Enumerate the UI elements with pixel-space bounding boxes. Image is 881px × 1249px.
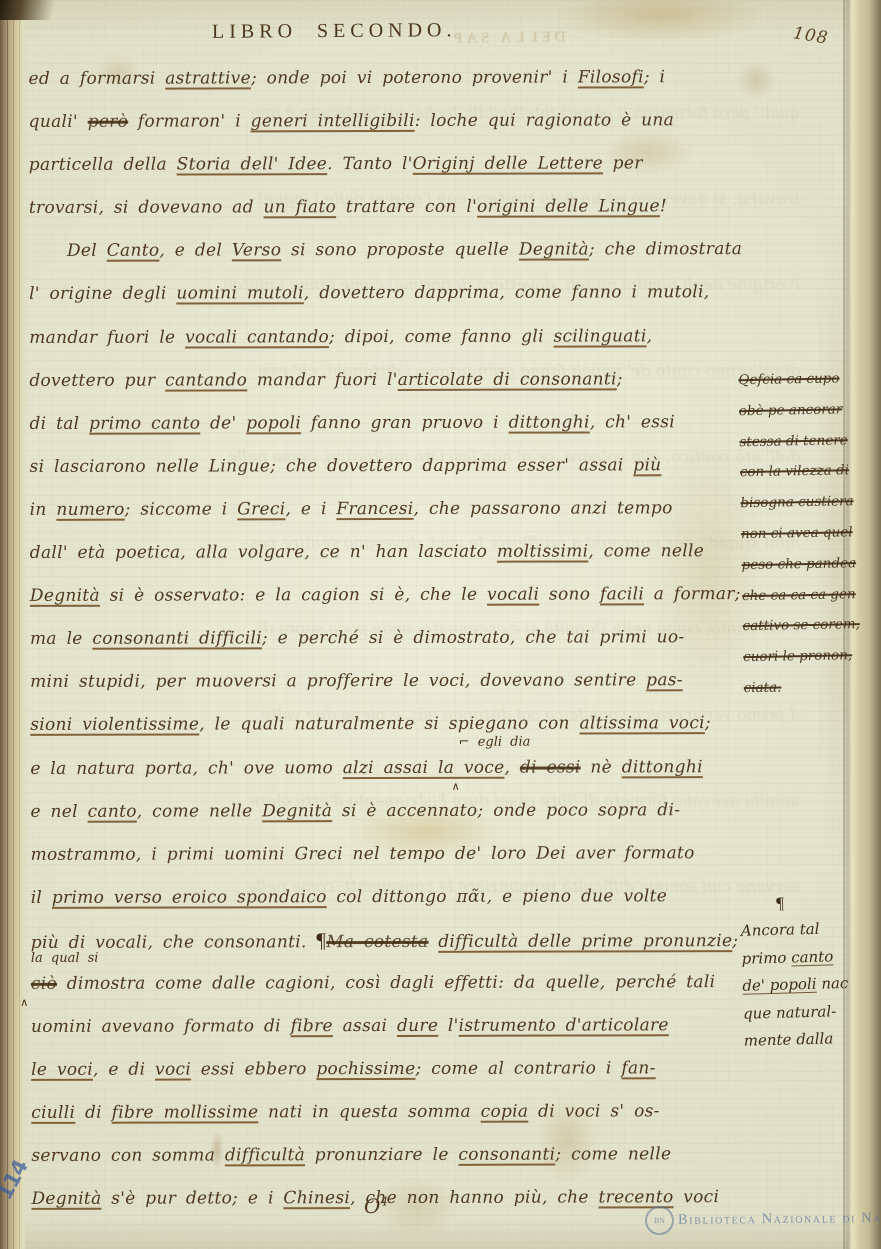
text-segment: ; [732,931,738,951]
text-segment: però [88,112,129,132]
marginal-note: ¶ Ancora talprimo cantode' popoli nacque… [740,888,878,1055]
text-segment: trovarsi, si dovevano ad [29,198,264,219]
text-segment: ; che dimostrata [589,239,742,259]
text-segment: , ch' essi [590,412,675,432]
text-segment: de' [200,413,246,433]
text-segment: Verso [232,241,281,261]
marginal-note-struck-line: bisogna custiera [740,486,877,519]
text-segment: , le quali naturalmente si spiegano con [199,714,579,735]
text-segment: consonanti [458,1145,555,1165]
text-segment: sioni violentissime [30,715,199,735]
marginal-note-struck-line: che ca ca ca gen [742,578,879,611]
text-segment: consonanti difficili [92,629,262,649]
text-segment: facili [600,584,644,604]
text-segment: ; i [644,67,666,87]
text-segment: , [647,326,653,346]
text-segment: s'è pur detto; e i [101,1189,283,1209]
text-segment: Degnità [519,240,589,260]
text-segment: si è accennato; onde poco sopra di- [332,800,680,821]
text-segment: Del [67,241,107,261]
catchword-superscript: 4 [380,1194,388,1208]
text-segment: numero [56,500,124,520]
text-segment: mostrammo, i primi uomini Greci nel temp… [31,843,695,865]
text-segment: dittonghi [622,757,703,777]
manuscript-line: ma le consonanti difficili; e perché si … [30,616,744,661]
manuscript-line: particella della Storia dell' Idee. Tant… [29,142,743,187]
marginal-note-struck-line: con la vilezza di [740,455,877,488]
text-segment: servano con somma [31,1146,225,1167]
manuscript-line: la qual si∧ciò dimostra come dalle cagio… [31,961,745,1006]
text-segment: si lasciarono nelle Lingue; che dovetter… [30,455,634,477]
manuscript-line: uomini avevano formato di fibre assai du… [31,1004,745,1049]
manuscript-line: trovarsi, si dovevano ad un fiato tratta… [29,185,743,230]
text-segment: sono [539,585,600,605]
text-segment: pochissime [316,1059,415,1079]
marginal-note-struck-line: cattivo se corem, [742,609,879,642]
interlinear-insertion: ⌐ egli dia [459,735,531,748]
caret-mark: ∧ [20,997,28,1008]
manuscript-line: ed a formarsi astrattive; onde poi vi po… [28,56,742,101]
text-segment: pas- [646,671,683,691]
manuscript-line: si lasciarono nelle Lingue; che dovetter… [29,444,743,489]
text-segment: trattare con l' [336,197,477,217]
text-segment: ciulli [31,1103,75,1123]
text-segment: Greci [237,499,285,519]
text-segment [428,932,438,952]
text-segment: uomini avevano formato di [31,1016,291,1037]
manuscript-line: mostrammo, i primi uomini Greci nel temp… [31,832,745,877]
text-segment: più [633,455,661,475]
text-segment: e la natura porta, ch' ove uomo [30,758,342,779]
marginal-note-line: que natural- [743,997,878,1028]
text-segment: fibre mollissime [112,1103,259,1123]
text-segment: di [75,1103,111,1123]
manuscript-line: ⌐ egli dia∧e la natura porta, ch' ove uo… [30,746,744,791]
text-segment: si è osservato: e la cagion si è, che le [100,585,487,606]
text-segment: Originj delle Lettere [413,154,603,174]
text-segment: nè [581,757,622,777]
text-segment: , e di [93,1060,155,1080]
manuscript-line: Degnità si è osservato: e la cagion si è… [30,573,744,618]
text-segment: trecento [598,1188,673,1208]
text-segment: canto [791,947,834,966]
text-segment: dall' età poetica, alla volgare, ce n' h… [30,542,497,563]
manuscript-line: mini stupidi, per muoversi a profferire … [30,659,744,704]
text-segment: moltissimi [497,542,589,562]
text-segment: mini stupidi, per muoversi a profferire … [30,671,646,693]
text-segment: copia [481,1102,529,1122]
text-segment: Storia dell' Idee [177,154,328,174]
text-segment: mandar fuori le [29,327,185,347]
text-segment: dovettero pur [29,370,165,390]
text-segment: ma le [30,629,92,649]
text-segment: Ancora tal [741,920,820,940]
manuscript-line: in numero; siccome i Greci, e i Francesi… [30,487,744,532]
text-segment: origini delle Lingue [477,197,660,217]
text-segment: scilinguati [553,326,646,346]
page-title: LIBRO SECONDO. [212,19,457,44]
text-segment: ; dipoi, come fanno gli [329,326,554,347]
text-segment: ; siccome i [125,499,238,519]
marginal-note-line: mente dalla [743,1025,878,1056]
manuscript-line: le voci, e di voci essi ebbero pochissim… [31,1047,745,1092]
text-segment: voci [155,1060,191,1080]
page-edge-line [7,0,8,1249]
text-segment: di essi [520,757,581,777]
interlinear-insertion: la qual si [31,952,99,965]
text-segment: , come nelle [588,541,704,561]
marginal-note-struck-line: ciata. [743,671,880,704]
text-segment: quali' [29,112,88,132]
text-segment: . Tanto l' [327,154,413,174]
text-segment: dimostra come dalle cagioni, così dagli … [57,972,715,994]
text-segment: e nel [30,801,87,821]
text-segment: ; [705,714,711,734]
text-segment: si sono proposte quelle [281,240,519,261]
text-segment: : loche qui ragionato è una [415,110,674,131]
text-segment: generi intelligibili [251,111,415,131]
text-segment: ; [617,369,623,389]
marginal-note-struck-line: Qefcia ca cupo [738,363,875,396]
text-segment: ; come al contrario i [415,1059,621,1080]
text-segment: altissima voci [579,714,704,734]
text-segment: , e i [285,499,336,519]
text-segment: ; e perché si è dimostrato, che tai prim… [262,627,685,648]
stamp-emblem-icon: BN [645,1206,674,1235]
library-stamp: BN Biblioteca Nazionale di Napoli [645,1204,881,1235]
text-segment: alzi assai la voce [343,757,505,777]
manuscript-line: dovettero pur cantando mandar fuori l'ar… [29,358,743,403]
text-segment: più di vocali, che consonanti. [31,932,317,953]
paragraph-mark: ¶ [740,888,875,917]
folio-number: 108 [792,23,830,48]
text-segment: un fiato [263,197,336,217]
text-segment: ! [660,197,667,217]
text-segment: que natural- [743,1002,837,1022]
text-segment: fanno gran pruovo i [301,412,509,433]
catchword: O4 [364,1194,388,1218]
text-segment: dittonghi [509,412,590,432]
text-segment: Degnità [30,586,100,606]
text-segment: , dovettero dapprima, come fanno i mutol… [304,283,710,304]
text-segment: il [31,888,52,908]
manuscript-line: ciulli di fibre mollissime nati in quest… [31,1090,745,1135]
text-segment: col dittongo πᾶι, e pieno due volte [327,886,668,907]
text-segment: l' origine degli [29,284,176,304]
marginal-note-struck-line: non ci avea quel [741,517,878,550]
text-segment: , [504,757,519,777]
text-segment: Canto [107,241,160,261]
text-segment: assai [333,1016,397,1036]
manuscript-line: sioni violentissime, le quali naturalmen… [30,702,744,747]
text-segment: , e del [159,241,232,261]
text-segment: formaron' i [128,111,251,131]
text-segment: particella della [29,155,177,175]
text-segment: fibre [291,1016,333,1036]
text-segment: Ma cotesta [326,932,428,952]
bleed-through-title: DELLA SAP [450,29,566,48]
text-segment: , che passarono anzi tempo [414,498,673,519]
text-segment: nati in questa somma [258,1102,480,1123]
text-segment: in [30,500,57,520]
text-segment: di tal [29,414,89,434]
manuscript-line: più di vocali, che consonanti. ¶Ma cotes… [31,918,745,963]
text-segment: ciò [31,974,57,994]
text-segment: popoli [246,413,301,433]
manuscript-line: di tal primo canto de' popoli fanno gran… [29,401,743,446]
manuscript-page: quali' però formaron' i generi intelligi… [0,0,881,1249]
text-segment: pronunziare le [305,1145,458,1165]
manuscript-line: Del Canto, e del Verso si sono proposte … [29,228,743,273]
manuscript-line: mandar fuori le vocali cantando; dipoi, … [29,315,743,360]
text-segment: vocali [487,585,539,605]
text-segment: primo [741,948,791,967]
text-segment: di voci s' os- [528,1102,659,1122]
text-segment: , come nelle [137,801,262,821]
text-segment: mandar fuori l' [247,370,398,390]
text-segment: ed a formarsi [29,69,166,89]
text-segment: le voci [31,1060,93,1080]
text-segment: vocali cantando [185,327,329,347]
marginal-note-line: de' popoli nac [742,969,877,1000]
stain [555,0,765,44]
text-segment: articolate di consonanti [398,369,617,390]
text-segment: fan- [621,1058,655,1078]
text-segment: a formar; [644,584,741,604]
manuscript-line: il primo verso eroico spondaico col ditt… [31,875,745,920]
text-segment: de' popoli [742,975,817,995]
text-segment: per [603,154,643,174]
text-segment: primo verso eroico spondaico [52,887,327,908]
text-segment: Degnità [31,1189,101,1209]
text-segment: Francesi [336,499,413,519]
text-segment: dure [397,1016,438,1036]
text-segment: primo canto [89,413,200,433]
marginal-note-struck-line: obè pe ancorar [739,394,876,427]
marginal-note-struck-line: stessa di tenere [739,424,876,457]
text-segment: difficultà [225,1146,305,1166]
text-segment: cantando [165,370,247,390]
binding-edge [0,0,27,1249]
text-segment: ; onde poi vi poterono provenir' i [251,67,578,88]
text-segment: ¶ [316,928,326,952]
text-segment: uomini mutoli [176,284,304,304]
marginal-note-struck-line: peso che pandea [741,548,878,581]
manuscript-line: l' origine degli uomini mutoli, dovetter… [29,272,743,317]
text-segment: mente dalla [744,1030,834,1050]
text-segment: Chinesi [283,1189,350,1209]
text-segment: Degnità [262,801,332,821]
text-segment: essi ebbero [191,1059,316,1079]
marginal-note-struck-line: cuori le pronon, [743,640,880,673]
marginal-note-line: Ancora tal [741,914,876,945]
manuscript-line: quali' però formaron' i generi intelligi… [29,99,743,144]
text-segment: canto [88,801,137,821]
marginal-note-struck: Qefcia ca cupoobè pe ancorarstessa di te… [738,363,880,704]
manuscript-text-block: ed a formarsi astrattive; onde poi vi po… [28,56,745,1221]
catchword-base: O [364,1194,380,1218]
text-segment: nac [816,974,848,993]
spine-corner [0,0,70,20]
text-segment: difficultà delle prime pronunzie [438,931,732,952]
manuscript-line: e nel canto, come nelle Degnità si è acc… [30,789,744,834]
page-edge-line [19,0,20,1249]
text-segment: ; come nelle [555,1145,671,1165]
page-edge-line [13,0,14,1249]
manuscript-line: servano con somma difficultà pronunziare… [31,1133,745,1178]
marginal-note-line: primo canto [741,942,876,973]
text-segment: istrumento d'articolare [459,1015,669,1036]
text-segment: Filosofi [578,67,644,87]
text-segment: astrattive [165,68,251,88]
manuscript-line: dall' età poetica, alla volgare, ce n' h… [30,530,744,575]
text-segment: l' [438,1016,458,1036]
stamp-label: Biblioteca Nazionale di Napoli [678,1210,881,1229]
manuscript-line: Degnità s'è pur detto; e i Chinesi, che … [31,1177,745,1222]
